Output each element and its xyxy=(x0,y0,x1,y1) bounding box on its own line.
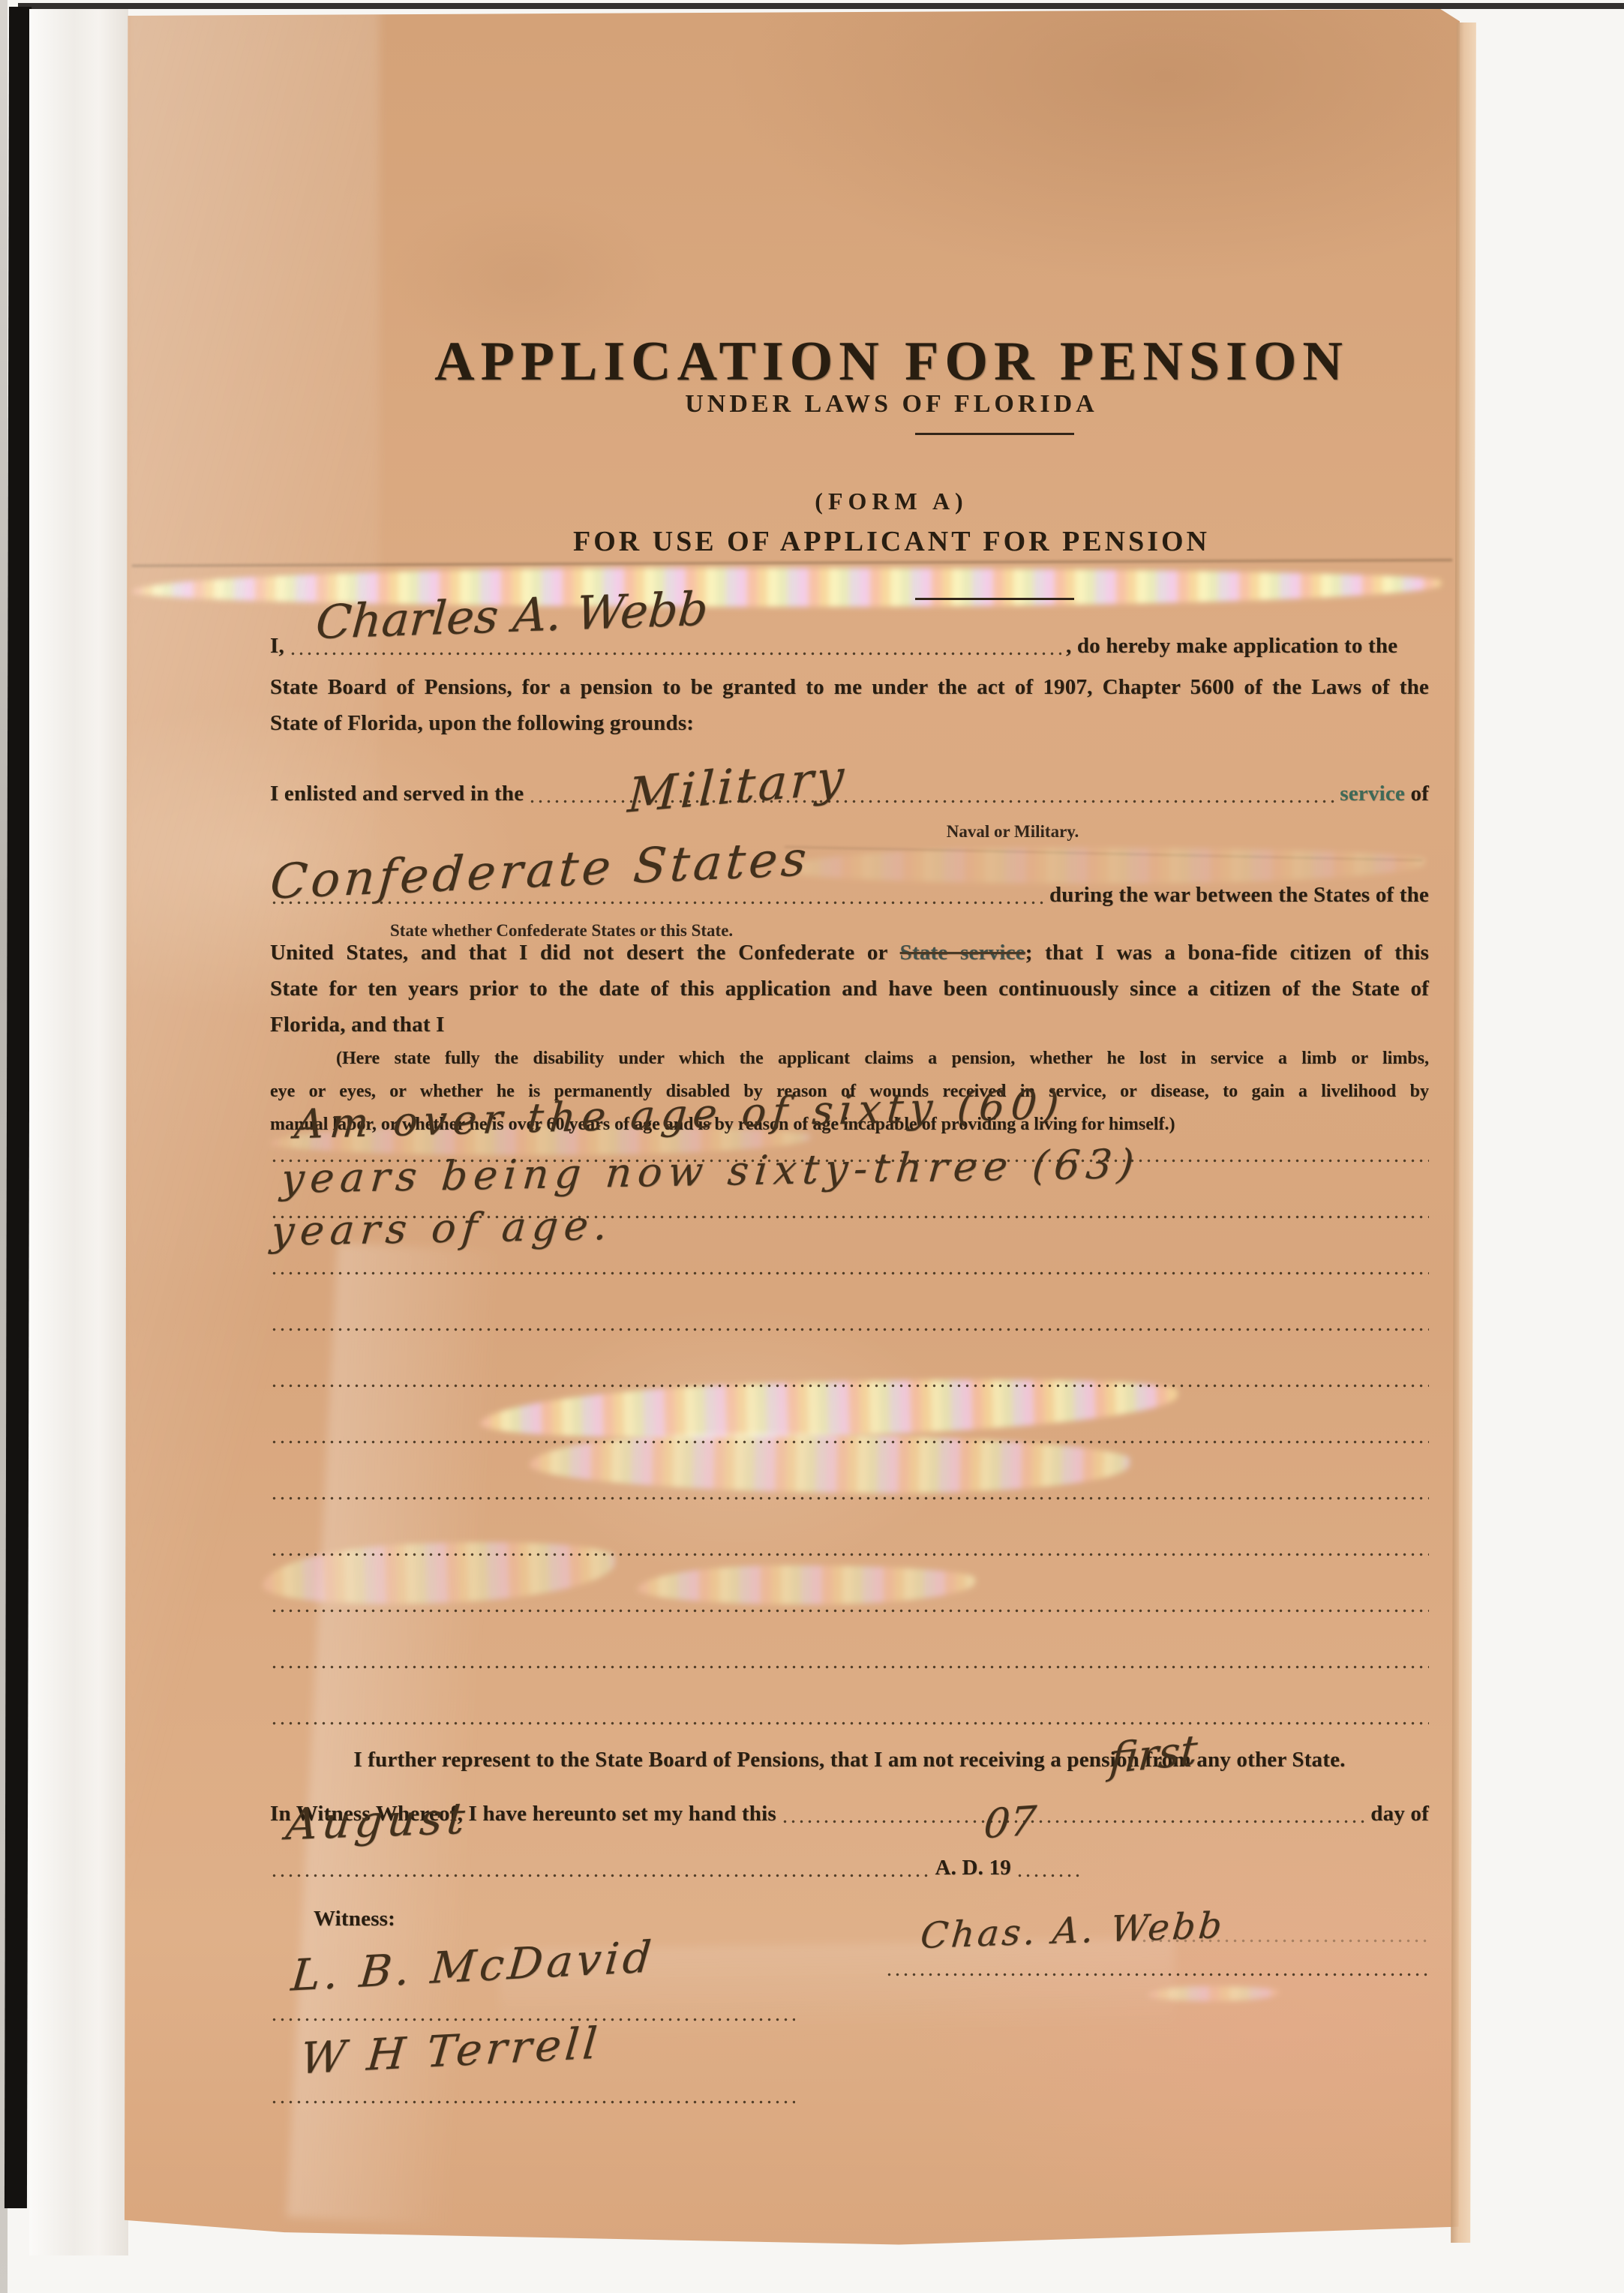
witness2-line xyxy=(270,2100,795,2104)
plastic-sleeve-margin xyxy=(29,9,128,2255)
opening-suffix: , do hereby make application to the xyxy=(1066,634,1397,659)
name-fill-line xyxy=(289,652,1061,656)
service-word: service xyxy=(1340,782,1405,806)
opening-line: I, , do hereby make application to the xyxy=(270,634,1429,659)
form-use-label: FOR USE OF APPLICANT FOR PENSION xyxy=(270,525,1471,558)
applicant-signature-line xyxy=(885,1973,1429,1976)
form-a-label: (FORM A) xyxy=(270,488,1471,515)
enlisted-prefix: I enlisted and served in the xyxy=(270,782,524,806)
header-rule xyxy=(915,433,1074,435)
answer-line-10 xyxy=(270,1665,1429,1669)
month-fill-line xyxy=(270,1874,931,1877)
year-fill-line xyxy=(1016,1874,1083,1877)
disability-note-line1: (Here state fully the disability under w… xyxy=(270,1049,1429,1069)
witness2-signature: W H Terrell xyxy=(299,2018,603,2084)
form-subtitle: UNDER LAWS OF FLORIDA xyxy=(270,390,1471,419)
oath-line1: United States, and that I did not desert… xyxy=(270,941,1429,965)
opening-line2: State Board of Pensions, for a pension t… xyxy=(270,675,1429,700)
handwritten-day: first xyxy=(1108,1726,1199,1784)
header-rule-2 xyxy=(915,598,1074,600)
handwritten-disability-line2: years being now sixty-three (63) xyxy=(279,1140,1142,1202)
scan-top-edge-line xyxy=(18,3,1624,9)
handwritten-month: August xyxy=(284,1793,472,1850)
printed-content-column: APPLICATION FOR PENSION UNDER LAWS OF FL… xyxy=(270,9,1429,2248)
opening-line3: State of Florida, upon the following gro… xyxy=(270,711,1429,736)
oath-line2: State for ten years prior to the date of… xyxy=(270,977,1429,1001)
service-fill-line xyxy=(528,800,1335,803)
oath-struck-words: State service xyxy=(900,941,1025,965)
answer-line-8 xyxy=(270,1553,1429,1556)
answer-line-11 xyxy=(270,1721,1429,1725)
state-whether-hint: State whether Confederate States or this… xyxy=(390,921,960,941)
of-word: of xyxy=(1410,782,1429,806)
oath-line1-b: ; that I was a bona-fide citizen of this xyxy=(1025,941,1429,965)
further-represent-line: I further represent to the State Board o… xyxy=(270,1748,1429,1772)
during-suffix: during the war between the States of the xyxy=(1049,883,1429,908)
answer-line-6 xyxy=(270,1440,1429,1444)
handwritten-year: 07 xyxy=(982,1797,1038,1848)
ad-label: A. D. 19 xyxy=(935,1856,1012,1880)
during-war-line: during the war between the States of the xyxy=(270,883,1429,908)
oath-line3: Florida, and that I xyxy=(270,1013,1429,1037)
form-title: APPLICATION FOR PENSION xyxy=(270,330,1471,394)
scan-left-black-bar xyxy=(5,7,32,2208)
opening-prefix: I, xyxy=(270,634,284,659)
date-line: A. D. 19 xyxy=(270,1856,1088,1880)
handwritten-disability-line3: years of age. xyxy=(269,1202,615,1255)
answer-line-5 xyxy=(270,1384,1429,1388)
day-fill-line xyxy=(781,1820,1366,1823)
answer-line-1 xyxy=(270,1159,1429,1163)
day-of-text: day of xyxy=(1370,1802,1429,1826)
answer-line-3 xyxy=(270,1271,1429,1275)
enlisted-line: I enlisted and served in the service of xyxy=(270,782,1429,806)
pension-form-page: APPLICATION FOR PENSION UNDER LAWS OF FL… xyxy=(125,9,1460,2248)
witness1-signature: L. B. McDavid xyxy=(290,1931,657,2000)
naval-or-military-hint: Naval or Military. xyxy=(863,822,1163,842)
witness-label: Witness: xyxy=(314,1907,1472,1931)
answer-line-9 xyxy=(270,1609,1429,1613)
oath-line1-a: United States, and that I did not desert… xyxy=(270,941,900,965)
answer-line-2 xyxy=(270,1215,1429,1219)
answer-line-7 xyxy=(270,1496,1429,1500)
answer-line-4 xyxy=(270,1328,1429,1331)
state-fill-line xyxy=(270,901,1045,905)
